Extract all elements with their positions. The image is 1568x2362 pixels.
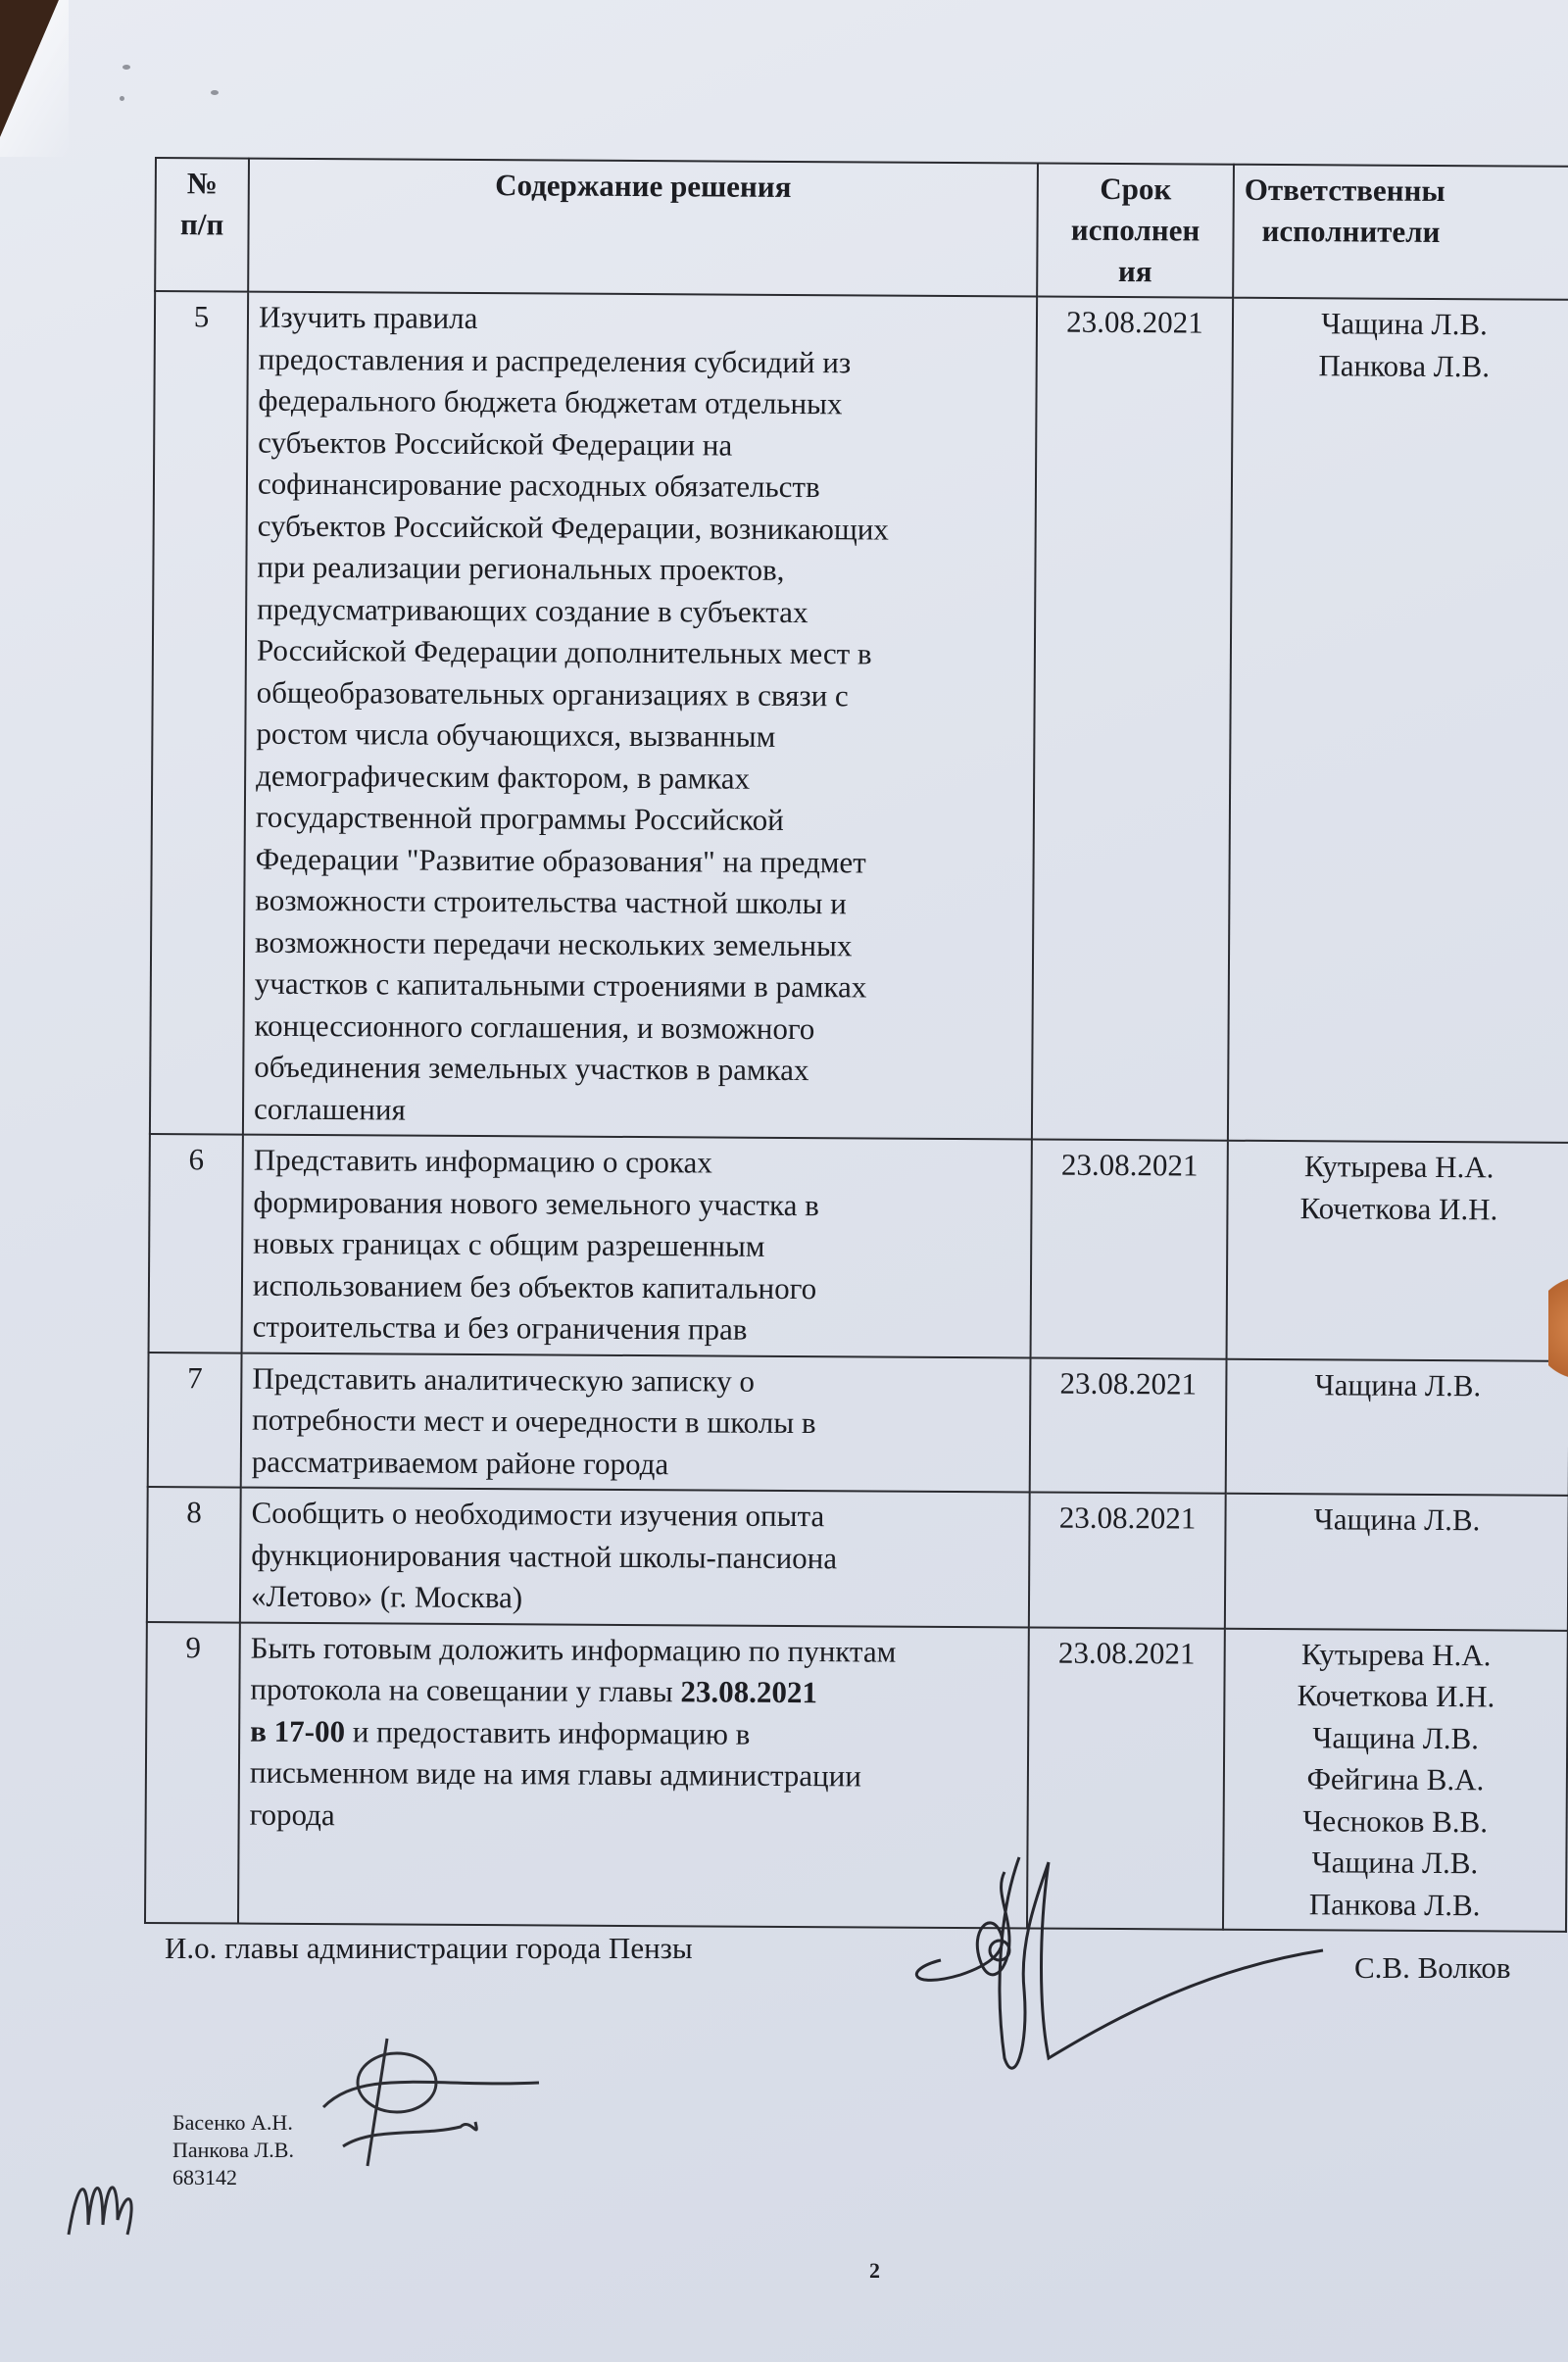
content-line: возможности строительства частной школы … <box>255 880 1022 926</box>
content-line: концессионного соглашения, и возможного <box>254 1005 1021 1051</box>
content-line: формирования нового земельного участка в <box>253 1181 1020 1227</box>
responsible-person: Фейгина В.А. <box>1235 1758 1556 1802</box>
row-number: 7 <box>148 1352 242 1487</box>
content-line: государственной программы Российской <box>256 797 1023 843</box>
content-line: предоставления и распределения субсидий … <box>259 338 1026 384</box>
responsible-person: Чащина Л.В. <box>1244 303 1565 347</box>
signatory-title: И.о. главы администрации города Пензы <box>165 1931 693 1966</box>
meeting-time: в 17-00 <box>250 1713 345 1748</box>
executor-phone: 683142 <box>172 2164 294 2191</box>
responsible-person: Чащина Л.В. <box>1236 1499 1557 1543</box>
responsible-person: Чащина Л.В. <box>1235 1716 1556 1760</box>
table-row: 5Изучить правилапредоставления и распред… <box>150 291 1568 1143</box>
content-line: федерального бюджета бюджетам отдельных <box>258 380 1025 426</box>
content-line: строительства и без ограничения прав <box>253 1306 1020 1353</box>
responsible-person: Кочеткова И.Н. <box>1235 1675 1556 1719</box>
content-line: рассматриваемом районе города <box>252 1441 1019 1487</box>
content-line: общеобразовательных организациях в связи… <box>257 671 1024 717</box>
content-line: Быть готовым доложить информацию по пунк… <box>251 1627 1018 1673</box>
deadline-date: 23.08.2021 <box>1029 1492 1226 1628</box>
decision-content: Изучить правилапредоставления и распреде… <box>243 292 1037 1140</box>
responsible-person: Чащина Л.В. <box>1237 1363 1558 1407</box>
paper-speck <box>211 90 219 95</box>
executor-line: Басенко А.Н. <box>172 2109 294 2137</box>
responsible-person: Кутырева Н.А. <box>1239 1146 1560 1190</box>
content-line: «Летово» (г. Москва) <box>251 1576 1018 1622</box>
signatory-name: С.В. Волков <box>1354 1950 1510 1986</box>
content-line: Сообщить о необходимости изучения опыта <box>251 1493 1018 1539</box>
paper-speck <box>120 96 124 101</box>
content-line: потребности мест и очередности в школы в <box>252 1400 1019 1446</box>
row-number: 5 <box>150 291 248 1135</box>
background-object <box>1548 1264 1568 1392</box>
content-line: Федерации "Развитие образования" на пред… <box>255 838 1022 884</box>
decision-content: Представить информацию о срокахформирова… <box>242 1135 1032 1357</box>
deadline-date: 23.08.2021 <box>1030 1357 1227 1494</box>
deadline-date: 23.08.2021 <box>1032 297 1233 1141</box>
content-line: участков с капитальными строениями в рам… <box>255 963 1022 1009</box>
content-line: соглашения <box>254 1088 1021 1134</box>
content-line: софинансирование расходных обязательств <box>258 464 1025 510</box>
responsible-persons: Чащина Л.В.Панкова Л.В. <box>1228 298 1568 1143</box>
content-line: в 17-00 и предоставить информацию в <box>250 1710 1017 1756</box>
content-line: субъектов Российской Федерации, возникаю… <box>258 505 1025 551</box>
responsible-person: Чесноков В.В. <box>1235 1799 1556 1844</box>
header-content: Содержание решения <box>248 159 1038 297</box>
paper-speck <box>122 65 130 70</box>
header-deadline: Срок исполнен ия <box>1037 164 1234 298</box>
responsible-person: Кочеткова И.Н. <box>1238 1187 1559 1231</box>
header-responsible: Ответственны исполнители <box>1233 165 1568 300</box>
table-row: 7Представить аналитическую записку опотр… <box>148 1352 1568 1495</box>
content-line: Представить информацию о сроках <box>254 1140 1021 1186</box>
content-line: Изучить правила <box>259 297 1026 343</box>
table-row: 8Сообщить о необходимости изучения опыта… <box>147 1487 1568 1630</box>
content-line: демографическим фактором, в рамках <box>256 755 1023 801</box>
signature-mark-margin <box>59 2166 157 2244</box>
content-line: субъектов Российской Федерации на <box>258 421 1025 467</box>
content-line: новых границах с общим разрешенным <box>253 1223 1020 1269</box>
executor-line: Панкова Л.В. <box>172 2137 294 2164</box>
table-header-row: № п/п Содержание решения Срок исполнен и… <box>155 158 1568 300</box>
decision-content: Представить аналитическую записку опотре… <box>241 1353 1031 1492</box>
row-number: 8 <box>147 1487 241 1622</box>
meeting-date: 23.08.2021 <box>680 1674 817 1709</box>
signature-mark-head <box>902 1852 1352 2088</box>
decision-content: Сообщить о необходимости изучения опытаф… <box>240 1488 1030 1627</box>
responsible-persons: Кутырева Н.А.Кочеткова И.Н. <box>1227 1141 1568 1361</box>
content-line: Российской Федерации дополнительных мест… <box>257 630 1024 676</box>
content-line: Представить аналитическую записку о <box>252 1357 1019 1403</box>
content-line: протокола на совещании у главы 23.08.202… <box>250 1669 1017 1715</box>
content-line: объединения земельных участков в рамках <box>254 1047 1021 1093</box>
table-row: 9Быть готовым доложить информацию по пун… <box>145 1621 1568 1931</box>
content-line: функционирования частной школы-пансиона <box>251 1534 1018 1580</box>
table-row: 6Представить информацию о срокахформиров… <box>149 1134 1568 1360</box>
content-line: письменном виде на имя главы администрац… <box>250 1752 1017 1798</box>
content-line: ростом числа обучающихся, вызванным <box>256 714 1023 760</box>
content-line: города <box>250 1794 1017 1840</box>
header-number: № п/п <box>155 158 249 292</box>
signature-mark-executor <box>304 2029 549 2176</box>
content-line: возможности передачи нескольких земельны… <box>255 921 1022 967</box>
content-line: при реализации региональных проектов, <box>257 547 1024 593</box>
row-number: 6 <box>149 1134 243 1353</box>
deadline-date: 23.08.2021 <box>1031 1139 1228 1358</box>
responsible-persons: Чащина Л.В. <box>1225 1494 1568 1631</box>
content-line: предусматривающих создание в субъектах <box>257 588 1024 634</box>
page-number: 2 <box>869 2258 880 2284</box>
row-number: 9 <box>145 1621 240 1923</box>
responsible-person: Панкова Л.В. <box>1244 344 1565 388</box>
responsible-persons: Чащина Л.В. <box>1226 1358 1568 1496</box>
executors-block: Басенко А.Н. Панкова Л.В. 683142 <box>172 2109 294 2191</box>
responsible-person: Кутырева Н.А. <box>1236 1633 1557 1677</box>
content-line: использованием без объектов капитального <box>253 1264 1020 1310</box>
document-page: № п/п Содержание решения Срок исполнен и… <box>0 0 1568 2362</box>
decisions-table: № п/п Содержание решения Срок исполнен и… <box>144 157 1568 1933</box>
